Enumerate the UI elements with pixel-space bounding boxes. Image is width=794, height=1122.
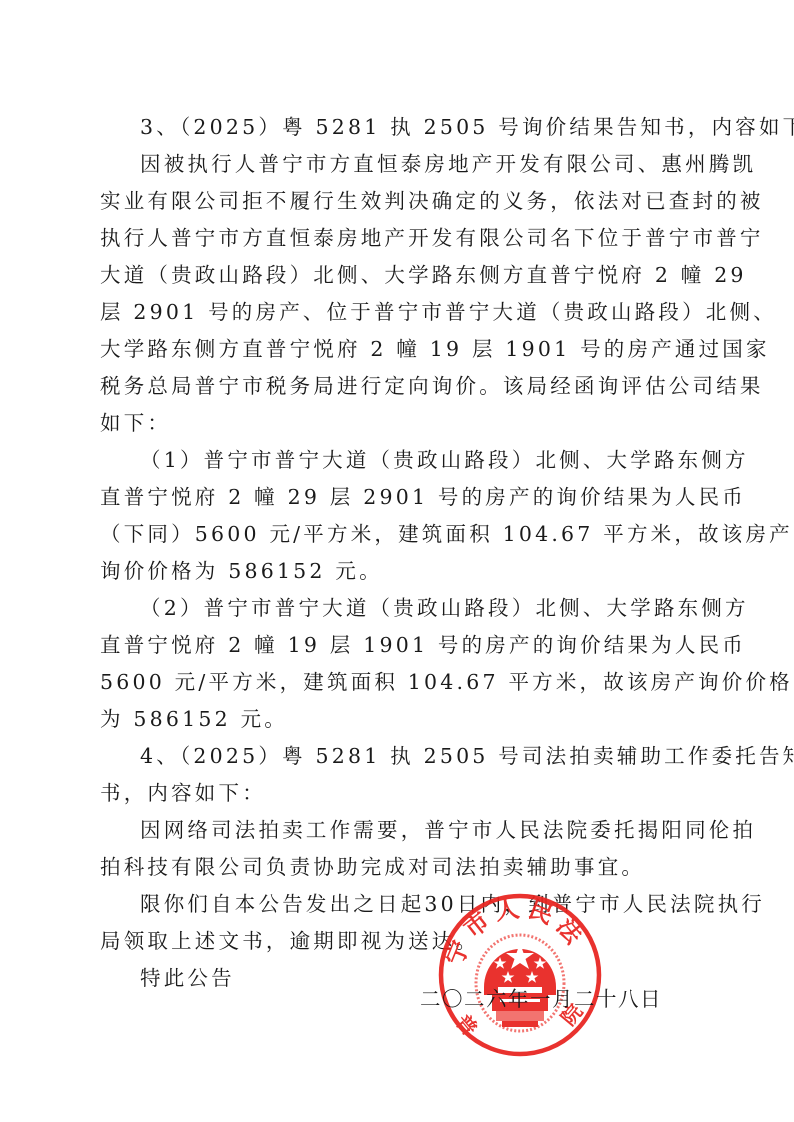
section3-paragraph-line: 大学路东侧方直普宁悦府 2 幢 19 层 1901 号的房产通过国家 xyxy=(100,331,700,367)
court-seal-icon: 宁市人民法 院 普 xyxy=(436,891,604,1059)
item2-line: 直普宁悦府 2 幢 19 层 1901 号的房产的询价结果为人民币 xyxy=(100,627,700,663)
section4-heading: 4、（2025）粤 5281 执 2505 号司法拍卖辅助工作委托告知 xyxy=(140,738,700,774)
item1-line: （下同）5600 元/平方米，建筑面积 104.67 平方米，故该房产 xyxy=(100,516,700,552)
document-page: 3、（2025）粤 5281 执 2505 号询价结果告知书，内容如下： 因被执… xyxy=(0,0,794,1122)
section3-paragraph-line: 执行人普宁市方直恒泰房地产开发有限公司名下位于普宁市普宁 xyxy=(100,220,700,256)
item2-line: （2）普宁市普宁大道（贵政山路段）北侧、大学路东侧方 xyxy=(140,590,700,626)
section3-paragraph-line: 因被执行人普宁市方直恒泰房地产开发有限公司、惠州腾凯 xyxy=(140,146,700,182)
item2-line: 为 586152 元。 xyxy=(100,701,700,737)
section3-paragraph-line: 税务总局普宁市税务局进行定向询价。该局经函询评估公司结果 xyxy=(100,368,700,404)
section3-paragraph-line: 大道（贵政山路段）北侧、大学路东侧方直普宁悦府 2 幢 29 xyxy=(100,257,700,293)
section4-heading: 书，内容如下： xyxy=(100,775,700,811)
section3-paragraph-line: 如下： xyxy=(100,405,700,441)
deadline-line: 局领取上述文书，逾期即视为送达。 xyxy=(100,923,700,959)
section4-paragraph-line: 因网络司法拍卖工作需要，普宁市人民法院委托揭阳同伦拍 xyxy=(140,812,700,848)
item1-line: 询价价格为 586152 元。 xyxy=(100,553,700,589)
section3-paragraph-line: 实业有限公司拒不履行生效判决确定的义务，依法对已查封的被 xyxy=(100,183,700,219)
section3-paragraph-line: 层 2901 号的房产、位于普宁市普宁大道（贵政山路段）北侧、 xyxy=(100,294,700,330)
document-date: 二〇二六年一月二十八日 xyxy=(420,981,662,1017)
section3-heading: 3、（2025）粤 5281 执 2505 号询价结果告知书，内容如下： xyxy=(140,109,700,145)
item2-line: 5600 元/平方米，建筑面积 104.67 平方米，故该房产询价价格 xyxy=(100,664,700,700)
section4-paragraph-line: 拍科技有限公司负责协助完成对司法拍卖辅助事宜。 xyxy=(100,849,700,885)
deadline-line: 限你们自本公告发出之日起30日内，到普宁市人民法院执行 xyxy=(140,886,700,922)
item1-line: 直普宁悦府 2 幢 29 层 2901 号的房产的询价结果为人民币 xyxy=(100,479,700,515)
item1-line: （1）普宁市普宁大道（贵政山路段）北侧、大学路东侧方 xyxy=(140,442,700,478)
